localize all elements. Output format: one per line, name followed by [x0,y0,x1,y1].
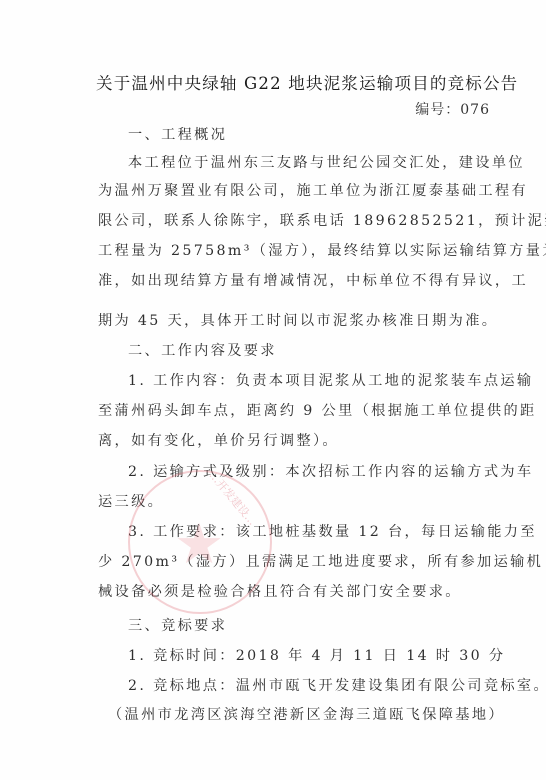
paragraph-line: 限公司，联系人徐陈宇，联系电话 18962852521，预计泥浆 [98,212,492,230]
paragraph-line: 2. 运输方式及级别：本次招标工作内容的运输方式为车 [128,463,492,481]
document-title: 关于温州中央绿轴 G22 地块泥浆运输项目的竞标公告 [96,70,492,94]
document-page: 关于温州中央绿轴 G22 地块泥浆运输项目的竞标公告 编号：076 一、工程概况… [0,0,546,780]
paragraph-line: 离，如有变化，单价另行调整）。 [98,432,492,450]
paragraph-line: 期为 45 天，具体开工时间以市泥浆办核准日期为准。 [98,312,492,330]
section-heading: 二、工作内容及要求 [128,342,522,360]
paragraph-line: 3. 工作要求：该工地桩基数量 12 台，每日运输能力至 [128,523,492,541]
paragraph-line: 少 270m³（湿方）且需满足工地进度要求，所有参加运输机 [98,553,492,571]
paragraph-line: 工程量为 25758m³（湿方），最终结算以实际运输结算方量为 [98,242,492,260]
paragraph-line: （温州市龙湾区滨海空港新区金海三道瓯飞保障基地） [108,706,502,724]
document-number: 编号：076 [415,99,490,119]
paragraph-line: 械设备必须是检验合格且符合有关部门安全要求。 [98,583,492,601]
paragraph-line: 本工程位于温州东三友路与世纪公园交汇处，建设单位 [128,154,492,172]
paragraph-line: 至蒲州码头卸车点，距离约 9 公里（根据施工单位提供的距 [98,402,492,420]
paragraph-line: 运三级。 [98,493,492,511]
section-heading: 三、竞标要求 [128,617,522,635]
paragraph-line: 1. 竞标时间：2018 年 4 月 11 日 14 时 30 分 [128,647,492,665]
section-heading: 一、工程概况 [128,126,522,144]
paragraph-line: 2. 竞标地点：温州市瓯飞开发建设集团有限公司竞标室。 [128,677,492,695]
paragraph-line: 为温州万聚置业有限公司，施工单位为浙江厦泰基础工程有 [98,182,492,200]
paragraph-line: 准，如出现结算方量有增减情况，中标单位不得有异议，工 [98,272,492,290]
paragraph-line: 1. 工作内容：负责本项目泥浆从工地的泥浆装车点运输 [128,372,492,390]
